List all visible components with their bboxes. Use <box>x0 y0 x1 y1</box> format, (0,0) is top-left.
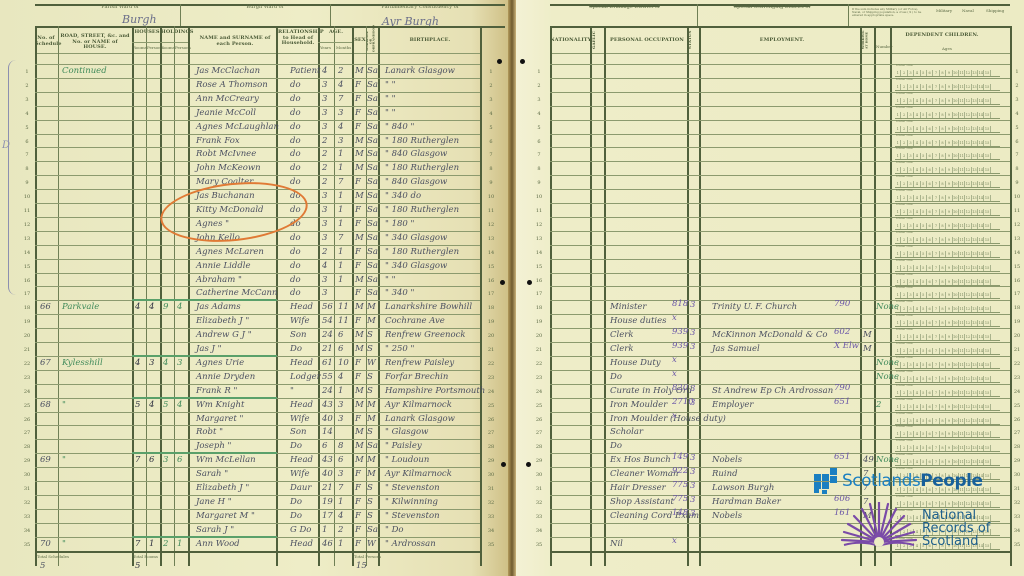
personal-occupation: Iron Moulder (House duty) <box>610 415 726 424</box>
row-number: 28 <box>532 444 546 450</box>
divider <box>848 4 849 26</box>
age-tick[interactable]: 15 <box>984 153 990 159</box>
sex: M <box>355 428 364 437</box>
col-age-months: Months <box>336 45 351 50</box>
person-name: Andrew G J " <box>196 331 252 340</box>
row-number: 8 <box>1010 166 1024 172</box>
row-rule <box>35 509 480 510</box>
col-holdings: HOLDINGS <box>161 30 189 36</box>
age-tick[interactable]: 15 <box>984 376 990 382</box>
house-count: 3 <box>149 359 154 368</box>
personal-occupation: Clerk <box>610 331 633 340</box>
under-one-label: Under One <box>896 398 913 401</box>
row-number: 35 <box>532 542 546 548</box>
person-name: Ann McCreary <box>196 95 259 104</box>
burgh-ward-label: Burgh Ward of <box>190 4 340 10</box>
birthplace: Ayr Kilmarnock <box>385 470 452 479</box>
row-number: 22 <box>532 361 546 367</box>
age-tick[interactable]: 15 <box>984 223 990 229</box>
age-tick[interactable]: 15 <box>984 418 990 424</box>
birthplace: " Ardrossan <box>385 540 436 549</box>
binding-hole <box>520 59 525 64</box>
age-tick[interactable]: 15 <box>984 70 990 76</box>
birthplace: " 180 Rutherglen <box>385 137 459 146</box>
under-one-label: Under One <box>896 453 913 456</box>
row-number: 11 <box>532 208 546 214</box>
sex: F <box>355 526 361 535</box>
under-one-label: Under One <box>896 300 913 303</box>
birthplace: " Glasgow <box>385 428 428 437</box>
sex: F <box>355 206 361 215</box>
birthplace: " Stevenston <box>385 512 440 521</box>
age-tick[interactable]: 15 <box>984 195 990 201</box>
bracket-mark: D <box>2 140 10 151</box>
birthplace: " Stevenston <box>385 484 440 493</box>
under-one-label: Under One <box>896 314 913 317</box>
age-tick[interactable]: 15 <box>984 404 990 410</box>
personal-occupation: Minister <box>610 303 647 312</box>
row-number: 30 <box>20 472 34 478</box>
employment: Trinity U. F. Church <box>712 303 797 312</box>
relationship: do <box>290 289 301 298</box>
age-years: 17 <box>322 512 333 521</box>
personal-occupation: Nil <box>610 540 623 549</box>
age-tick[interactable]: 15 <box>984 98 990 104</box>
sex: F <box>355 484 361 493</box>
schedule-number: 67 <box>40 359 51 368</box>
employment: Ruind <box>712 470 738 479</box>
row-number: 26 <box>532 417 546 423</box>
personal-occupation: House Duty <box>610 359 661 368</box>
age-tick-row: Under One123456789101112131415 <box>895 245 1000 258</box>
row-number: 25 <box>484 403 498 409</box>
puzzle-icon <box>812 468 840 494</box>
status: 3 <box>690 399 695 408</box>
row-number: 18 <box>1010 305 1024 311</box>
row-number: 25 <box>532 403 546 409</box>
birthplace: Lanark Glasgow <box>385 415 455 424</box>
relationship: do <box>290 178 301 187</box>
row-number: 5 <box>20 125 34 131</box>
row-number: 5 <box>1010 125 1024 131</box>
age-tick-row: Under One123456789101112131415 <box>895 453 1000 466</box>
age-months: 3 <box>338 415 343 424</box>
row-number: 30 <box>484 472 498 478</box>
person-name: Annie Dryden <box>196 373 255 382</box>
binding-hole <box>497 59 502 64</box>
row-number: 27 <box>1010 430 1024 436</box>
person-name: Agnes McLaughlan <box>196 123 279 132</box>
row-number: 18 <box>20 305 34 311</box>
person-name: Jas J " <box>196 345 222 354</box>
birthplace: " 180 Rutherglen <box>385 164 459 173</box>
row-number: 13 <box>20 236 34 242</box>
household-separator <box>132 397 277 399</box>
age-months: 11 <box>338 317 349 326</box>
age-years: 3 <box>322 289 327 298</box>
age-years: 14 <box>322 428 333 437</box>
marriage-status: Sa <box>367 234 378 243</box>
under-one-label: Under One <box>896 328 913 331</box>
row-number: 23 <box>1010 375 1024 381</box>
age-tick[interactable]: 15 <box>984 279 990 285</box>
row-number: 2 <box>532 83 546 89</box>
marriage-status: Sa <box>367 442 378 451</box>
under-one-label: Under One <box>896 203 913 206</box>
age-years: 4 <box>322 67 327 76</box>
sex: F <box>355 373 361 382</box>
row-number: 22 <box>484 361 498 367</box>
age-tick[interactable]: 15 <box>984 306 990 312</box>
age-tick-row: Under One123456789101112131415 <box>895 147 1000 160</box>
marriage-status: S <box>367 331 373 340</box>
birthplace: " 840 Glasgow <box>385 150 447 159</box>
status: 3 <box>690 301 695 310</box>
relationship: do <box>290 123 301 132</box>
age-tick[interactable]: 15 <box>984 320 990 326</box>
column-rule <box>378 26 380 566</box>
row-rule <box>35 412 480 413</box>
row-number: 12 <box>20 222 34 228</box>
age-tick-row: Under One123456789101112131415 <box>895 342 1000 355</box>
sex: M <box>355 164 364 173</box>
sex: F <box>355 109 361 118</box>
row-number: 6 <box>1010 139 1024 145</box>
marriage-status: Sa <box>367 137 378 146</box>
marriage-status: W <box>367 540 376 549</box>
marriage-status: M <box>367 401 376 410</box>
marriage-status: S <box>367 484 373 493</box>
person-name: Agnes Urie <box>196 359 244 368</box>
personal-occupation: Hair Dresser <box>610 484 666 493</box>
row-number: 21 <box>532 347 546 353</box>
person-name: Sarah J " <box>196 526 234 535</box>
age-months: 1 <box>338 164 343 173</box>
relationship: Head <box>290 540 313 549</box>
age-tick[interactable]: 15 <box>984 348 990 354</box>
row-rule <box>35 175 480 176</box>
relationship: Head <box>290 456 313 465</box>
age-months: 1 <box>338 248 343 257</box>
marriage-status: S <box>367 512 373 521</box>
row-number: 11 <box>20 208 34 214</box>
age-years: 3 <box>322 95 327 104</box>
row-number: 9 <box>20 180 34 186</box>
relationship: do <box>290 164 301 173</box>
row-number: 1 <box>1010 69 1024 75</box>
column-rule <box>188 26 190 566</box>
age-years: 43 <box>322 401 333 410</box>
row-number: 33 <box>1010 514 1024 520</box>
sex: M <box>355 456 364 465</box>
row-number: 30 <box>532 472 546 478</box>
age-tick[interactable]: 15 <box>984 459 990 465</box>
age-tick[interactable]: 15 <box>984 140 990 146</box>
age-years: 6 <box>322 442 327 451</box>
occupation-code: 818 <box>672 300 688 309</box>
marriage-status: Sa <box>367 220 378 229</box>
row-rule <box>35 384 480 385</box>
row-number: 30 <box>1010 472 1024 478</box>
age-tick-row: Under One123456789101112131415 <box>895 106 1000 119</box>
occupation-code: 775 <box>672 495 688 504</box>
employment: Hardman Baker <box>712 498 781 507</box>
age-years: 2 <box>322 137 327 146</box>
person-name: Ann Wood <box>196 540 240 549</box>
personal-occupation: House duties <box>610 317 667 326</box>
column-rule <box>146 26 147 566</box>
under-one-label: Under One <box>896 161 913 164</box>
age-tick[interactable]: 15 <box>984 445 990 451</box>
relationship: Wife <box>290 470 309 479</box>
schedule-number: 70 <box>40 540 51 549</box>
row-number: 10 <box>484 194 498 200</box>
birthplace: " 840 " <box>385 123 414 132</box>
row-number: 3 <box>20 97 34 103</box>
divider <box>35 26 505 28</box>
under-one-label: Under One <box>896 78 913 81</box>
relationship: Son <box>290 428 306 437</box>
relationship: do <box>290 81 301 90</box>
age-years: 19 <box>322 498 333 507</box>
age-tick-row: Under One123456789101112131415 <box>895 78 1000 91</box>
address: " <box>62 540 66 549</box>
marriage-status: Sa <box>367 123 378 132</box>
age-tick[interactable]: 15 <box>984 265 990 271</box>
sex: F <box>355 498 361 507</box>
age-years: 40 <box>322 415 333 424</box>
age-tick[interactable]: 15 <box>984 292 990 298</box>
employment: Nobels <box>712 456 742 465</box>
row-number: 10 <box>20 194 34 200</box>
occupation-code: 939 <box>672 342 688 351</box>
sex: M <box>355 331 364 340</box>
row-number: 9 <box>532 180 546 186</box>
age-months: 10 <box>338 359 349 368</box>
scotlandspeople-logo: ScotlandsPeople <box>812 468 982 494</box>
sex: F <box>355 81 361 90</box>
relationship: G Do <box>290 526 311 535</box>
row-number: 34 <box>484 528 498 534</box>
birthplace: " Paisley <box>385 442 422 451</box>
age-tick[interactable]: 15 <box>984 431 990 437</box>
status: 3 <box>690 385 695 394</box>
scotlandspeople-light: Scotlands <box>842 471 920 491</box>
address: " <box>62 401 66 410</box>
age-months: 7 <box>338 234 343 243</box>
scavenging-district-label: Special Scavenging District of <box>697 4 847 10</box>
row-number: 16 <box>20 278 34 284</box>
household-separator <box>132 536 277 538</box>
divider <box>35 53 480 54</box>
shipping-label: Shipping <box>986 8 1004 13</box>
row-rule <box>35 147 480 148</box>
row-number: 16 <box>484 278 498 284</box>
row-number: 29 <box>532 458 546 464</box>
row-number: 32 <box>484 500 498 506</box>
marriage-status: Sa <box>367 178 378 187</box>
age-years: 3 <box>322 81 327 90</box>
row-number: 8 <box>484 166 498 172</box>
birthplace: " 340 Glasgow <box>385 234 447 243</box>
person-name: Annie Liddle <box>196 262 251 271</box>
col-marriage: MARRIAGE OR ORPHANHOOD <box>366 30 376 52</box>
age-months: 4 <box>338 373 343 382</box>
sex: F <box>355 317 361 326</box>
status: 3 <box>690 343 695 352</box>
age-years: 3 <box>322 206 327 215</box>
birthplace: " 840 Glasgow <box>385 178 447 187</box>
person-name: John McKeown <box>196 164 261 173</box>
row-rule <box>35 64 480 65</box>
relationship: Patient <box>290 67 320 76</box>
marriage-status: Sa <box>367 248 378 257</box>
age-tick[interactable]: 15 <box>984 237 990 243</box>
row-number: 25 <box>20 403 34 409</box>
row-number: 6 <box>532 139 546 145</box>
age-months: 1 <box>338 540 343 549</box>
age-tick[interactable]: 15 <box>984 84 990 90</box>
occupation-code: 775 <box>672 481 688 490</box>
schedule-number: 66 <box>40 303 51 312</box>
row-number: 29 <box>1010 458 1024 464</box>
col-houses-rooms: Rooms <box>133 45 147 50</box>
age-tick[interactable]: 15 <box>984 126 990 132</box>
birthplace: " Kilwinning <box>385 498 438 507</box>
age-months: 1 <box>338 498 343 507</box>
age-tick-row: Under One123456789101112131415 <box>895 120 1000 133</box>
relationship: do <box>290 137 301 146</box>
col-schedule: No. of Schedule <box>35 36 57 47</box>
status: 3 <box>690 329 695 338</box>
logo-block: ScotlandsPeople National Records of Scot… <box>812 468 1012 576</box>
marriage-status: Sa <box>367 276 378 285</box>
col-status: STATUS <box>688 30 698 50</box>
birthplace: Hampshire Portsmouth <box>385 387 485 396</box>
employment-code: 651 <box>834 453 850 462</box>
status: 3 <box>690 510 695 519</box>
row-number: 14 <box>532 250 546 256</box>
row-rule <box>35 259 480 260</box>
age-months: 6 <box>338 345 343 354</box>
row-rule <box>35 161 480 162</box>
relationship: Do <box>290 442 302 451</box>
row-number: 16 <box>1010 278 1024 284</box>
sex: F <box>355 262 361 271</box>
age-years: 24 <box>322 331 333 340</box>
employment: Nobels <box>712 512 742 521</box>
row-number: 19 <box>1010 319 1024 325</box>
marriage-status: S <box>367 498 373 507</box>
row-number: 17 <box>1010 291 1024 297</box>
under-one-label: Under One <box>896 342 913 345</box>
relationship: Do <box>290 345 302 354</box>
row-number: 33 <box>484 514 498 520</box>
row-number: 32 <box>1010 500 1024 506</box>
age-tick[interactable]: 15 <box>984 209 990 215</box>
column-rule <box>318 26 320 566</box>
age-tick[interactable]: 15 <box>984 181 990 187</box>
col-working-at-home: WORKING AT HOME <box>862 30 872 50</box>
row-number: 22 <box>1010 361 1024 367</box>
age-tick[interactable]: 15 <box>984 167 990 173</box>
row-number: 4 <box>1010 111 1024 117</box>
row-number: 15 <box>484 264 498 270</box>
personal-occupation: Clerk <box>610 345 633 354</box>
working-at-home: M <box>863 345 872 354</box>
person-name: Rose A Thomson <box>196 81 268 90</box>
age-months: 1 <box>338 276 343 285</box>
person-name: Margaret " <box>196 415 243 424</box>
birthplace: " " <box>385 109 396 118</box>
birthplace: Lanark Glasgow <box>385 67 455 76</box>
book-fan-icon <box>840 502 918 548</box>
row-number: 4 <box>532 111 546 117</box>
age-months: 4 <box>338 81 343 90</box>
under-one-label: Under One <box>896 384 913 387</box>
age-tick[interactable]: 15 <box>984 390 990 396</box>
under-one-label: Under One <box>896 286 913 289</box>
house-count: 4 <box>177 303 182 312</box>
binding-hole <box>526 462 531 467</box>
relationship: do <box>290 150 301 159</box>
relationship: Head <box>290 303 313 312</box>
age-tick[interactable]: 15 <box>984 362 990 368</box>
age-years: 56 <box>322 303 333 312</box>
status: 3 <box>690 468 695 477</box>
age-tick[interactable]: 15 <box>984 334 990 340</box>
census-left-page: Parish Ward of Burgh Ward of Parliamenta… <box>0 0 512 576</box>
marriage-status: Sa <box>367 95 378 104</box>
row-number: 13 <box>484 236 498 242</box>
row-number: 4 <box>484 111 498 117</box>
column-rule <box>58 26 59 566</box>
person-name: Jeanie McColl <box>196 109 256 118</box>
highlight-circle <box>157 175 310 248</box>
marriage-status: Sa <box>367 289 378 298</box>
row-number: 7 <box>532 152 546 158</box>
age-tick[interactable]: 15 <box>984 112 990 118</box>
row-number: 28 <box>20 444 34 450</box>
col-relationship: RELATIONSHIP to Head of Household. <box>278 30 318 47</box>
total-persons: 15 <box>356 562 367 571</box>
row-number: 32 <box>532 500 546 506</box>
house-count: 1 <box>149 540 154 549</box>
sex: M <box>355 276 364 285</box>
age-months: 6 <box>338 331 343 340</box>
under-one-label: Under One <box>896 273 913 276</box>
sex: F <box>355 289 361 298</box>
relationship: do <box>290 95 301 104</box>
row-number: 19 <box>532 319 546 325</box>
binding-hole <box>527 280 532 285</box>
age-tick[interactable]: 15 <box>984 251 990 257</box>
relationship: " <box>290 387 294 396</box>
column-rule <box>550 26 552 566</box>
birthplace: " 340 Glasgow <box>385 262 447 271</box>
row-number: 23 <box>532 375 546 381</box>
sex: M <box>355 387 364 396</box>
row-number: 33 <box>532 514 546 520</box>
occupation-code: 820 <box>672 384 688 393</box>
age-tick-row: Under One123456789101112131415 <box>895 439 1000 452</box>
birthplace: " " <box>385 276 396 285</box>
row-number: 14 <box>484 250 498 256</box>
row-number: 8 <box>20 166 34 172</box>
age-tick-row: Under One123456789101112131415 <box>895 356 1000 369</box>
row-number: 33 <box>20 514 34 520</box>
row-number: 34 <box>532 528 546 534</box>
